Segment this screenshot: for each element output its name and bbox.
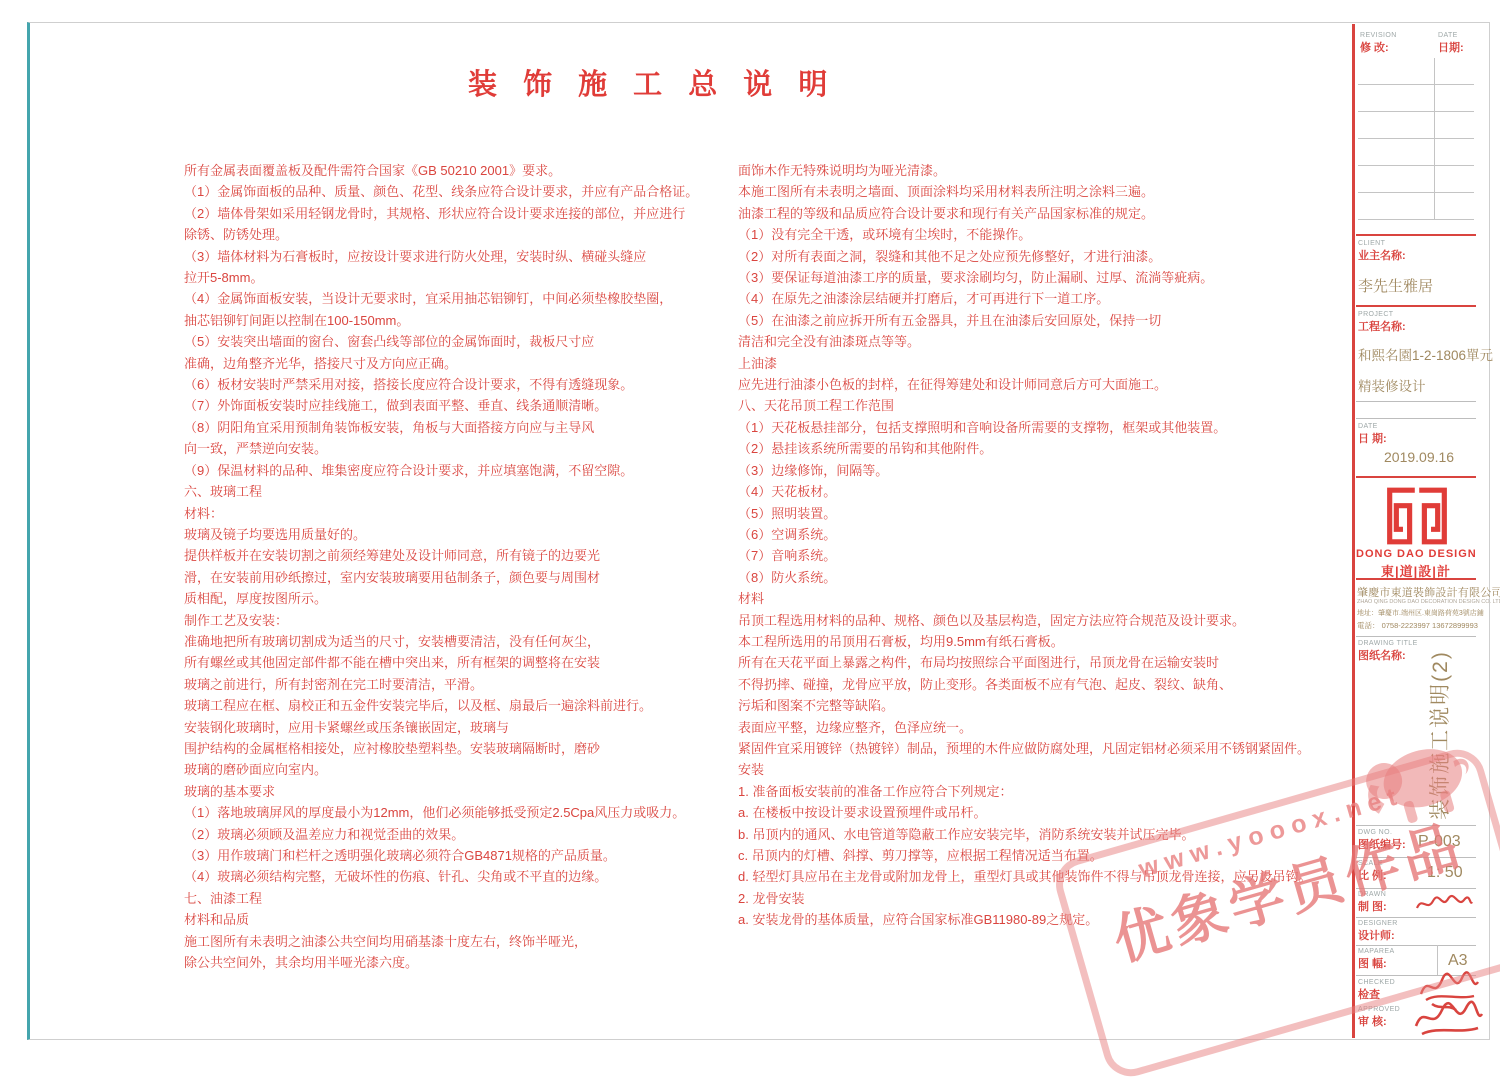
text-line: 污垢和图案不完整等缺陷。 — [738, 695, 1288, 716]
text-line: 玻璃的基本要求 — [184, 781, 699, 802]
text-line: 本施工图所有未表明之墙面、顶面涂料均采用材料表所注明之涂料三遍。 — [738, 181, 1288, 202]
text-line: 准确地把所有玻璃切割成为适当的尺寸，安装槽要清洁，没有任何灰尘， — [184, 631, 699, 652]
text-line: 吊顶工程选用材料的品种、规格、颜色以及基层构造，固定方法应符合规范及设计要求。 — [738, 610, 1288, 631]
project-name-line1: 和熙名園1-2-1806單元 — [1358, 344, 1493, 364]
revision-table — [1358, 58, 1474, 220]
text-line: （2）对所有表面之洞，裂缝和其他不足之处应预先修整好，才进行油漆。 — [738, 246, 1288, 267]
text-line: （4）金属饰面板安装，当设计无要求时，宜采用抽芯铝铆钉，中间必须垫橡胶垫圈， — [184, 288, 699, 309]
revision-header-left: REVISION 修 改: — [1360, 32, 1397, 55]
scale-labels: SCALE 比 例: — [1358, 860, 1387, 883]
approved-labels: APPROVED 审 核: — [1358, 1006, 1400, 1029]
text-line: 质相配，厚度按图所示。 — [184, 588, 699, 609]
text-line: （6）空调系统。 — [738, 524, 1288, 545]
text-line: a. 安装龙骨的基体质量，应符合国家标准GB11980-89之规定。 — [738, 909, 1288, 930]
text-line: （4）在原先之油漆涂层结硬并打磨后，才可再进行下一道工序。 — [738, 288, 1288, 309]
checked-labels: CHECKED 检查 — [1358, 979, 1395, 1002]
text-line: （7）外饰面板安装时应挂线施工，做到表面平整、垂直、线条通顺清晰。 — [184, 395, 699, 416]
separator-red — [1356, 305, 1476, 307]
text-line: 玻璃工程应在框、扇校正和五金件安装完毕后，以及框、扇最后一遍涂料前进行。 — [184, 695, 699, 716]
text-line: 2. 龙骨安装 — [738, 888, 1288, 909]
page-title: 装 饰 施 工 总 说 明 — [468, 62, 948, 103]
text-line: 材料： — [184, 503, 699, 524]
drawn-signature handwritten-signature-icon — [1415, 893, 1473, 920]
maparea-value: A3 — [1448, 952, 1468, 970]
text-line: 安装 — [738, 759, 1288, 780]
text-line: 制作工艺及安装： — [184, 610, 699, 631]
text-line: 向一致，严禁逆向安装。 — [184, 438, 699, 459]
text-line: 表面应平整，边缘应整齐，色泽应统一。 — [738, 717, 1288, 738]
revision-table-divider — [1434, 58, 1435, 220]
revision-row — [1358, 193, 1474, 220]
client-section: CLIENT 业主名称: 李先生雅居 — [1358, 240, 1433, 296]
text-line: （7）音响系统。 — [738, 545, 1288, 566]
drawing-title-labels: DRAWING TITLE 图纸名称: — [1358, 640, 1418, 663]
text-line: 所有金属表面覆盖板及配件需符合国家《GB 50210 2001》要求。 — [184, 160, 699, 181]
text-line: （1）落地玻璃屏风的厚度最小为12mm，他们必须能够抵受预定2.5Cpa风压力或… — [184, 802, 699, 823]
text-line: 七、油漆工程 — [184, 888, 699, 909]
revision-row — [1358, 58, 1474, 85]
text-line: 除锈、防锈处理。 — [184, 224, 699, 245]
separator-red — [1356, 578, 1476, 580]
text-line: （9）保温材料的品种、堆集密度应符合设计要求，并应填塞饱满，不留空隙。 — [184, 460, 699, 481]
text-line: 八、天花吊顶工程工作范围 — [738, 395, 1288, 416]
text-line: 材料和品质 — [184, 909, 699, 930]
text-line: 安装钢化玻璃时，应用卡紧螺丝或压条镶嵌固定，玻璃与 — [184, 717, 699, 738]
dwg-no-value: P-003 — [1418, 833, 1461, 851]
text-line: d. 轻型灯具应吊在主龙骨或附加龙骨上，重型灯具或其他装饰件不得与吊顶龙骨连接，… — [738, 866, 1288, 887]
text-line: c. 吊顶内的灯槽、斜撑、剪刀撑等，应根据工程情况适当布置。 — [738, 845, 1288, 866]
maparea-labels: MAPAREA 图 幅: — [1358, 948, 1395, 971]
approved-signature handwritten-signature-icon — [1412, 998, 1484, 1043]
text-line: a. 在楼板中按设计要求设置预埋件或吊杆。 — [738, 802, 1288, 823]
scale-value: 1: 50 — [1427, 864, 1463, 882]
text-line: （3）用作玻璃门和栏杆之透明强化玻璃必须符合GB4871规格的产品质量。 — [184, 845, 699, 866]
text-line: （6）板材安装时严禁采用对接，搭接长度应符合设计要求，不得有透缝现象。 — [184, 374, 699, 395]
text-line: b. 吊顶内的通风、水电管道等隐蔽工作应安装完毕，消防系统安装并试压完毕。 — [738, 824, 1288, 845]
text-line: （1）没有完全干透，或环境有尘埃时，不能操作。 — [738, 224, 1288, 245]
text-line: 不得扔摔、碰撞，龙骨应平放，防止变形。各类面板不应有气泡、起皮、裂纹、缺角、 — [738, 674, 1288, 695]
revision-row — [1358, 85, 1474, 112]
logo-english-name: DONG DAO DESIGN — [1356, 548, 1476, 560]
separator-red — [1356, 234, 1476, 236]
text-line: 本工程所选用的吊顶用石膏板，均用9.5mm有纸石膏板。 — [738, 631, 1288, 652]
text-line: 1. 准备面板安装前的准备工作应符合下列规定： — [738, 781, 1288, 802]
text-line: （1）天花板悬挂部分，包括支撑照明和音响设备所需要的支撑物，框架或其他装置。 — [738, 417, 1288, 438]
text-line: （4）天花板材。 — [738, 481, 1288, 502]
separator-red — [1356, 476, 1476, 478]
revision-header-right: DATE 日期: — [1438, 32, 1464, 55]
separator — [1356, 945, 1476, 946]
text-line: （8）阴阳角宜采用预制角装饰板安装，角板与大面搭接方向应与主导风 — [184, 417, 699, 438]
text-line: （2）墙体骨架如采用轻钢龙骨时，其规格、形状应符合设计要求连接的部位，并应进行 — [184, 203, 699, 224]
text-line: 提供样板并在安装切割之前须经筹建处及设计师同意，所有镜子的边要光 — [184, 545, 699, 566]
separator — [1356, 917, 1476, 918]
text-line: 所有在天花平面上暴露之构件，布局均按照综合平面图进行，吊顶龙骨在运输安装时 — [738, 652, 1288, 673]
dwg-no-labels: DWG NO. 图纸编号: — [1358, 829, 1406, 852]
text-line: 玻璃及镜子均要选用质量好的。 — [184, 524, 699, 545]
date-section: DATE 日 期: 2019.09.16 — [1358, 423, 1454, 465]
text-line: （5）安装突出墙面的窗台、窗套凸线等部位的金属饰面时，裁板尺寸应 — [184, 331, 699, 352]
text-line: （8）防火系统。 — [738, 567, 1288, 588]
separator — [1356, 401, 1476, 402]
separator — [1356, 888, 1476, 889]
text-line: 准确，边角整齐光华，搭接尺寸及方向应正确。 — [184, 353, 699, 374]
drawing-title-vertical: 装饰施工说明(2) — [1424, 640, 1450, 830]
text-line: 紧固件宜采用镀锌（热镀锌）制品，预埋的木件应做防腐处理，凡固定铝材必须采用不锈钢… — [738, 738, 1288, 759]
text-line: （3）墙体材料为石膏板时，应按设计要求进行防火处理，安装时纵、横碰头缝应 — [184, 246, 699, 267]
dongdao-spiral-logo-icon — [1386, 486, 1448, 551]
company-name-english: ZHAO QING DONG DAO DECORATION DESIGN CO.… — [1357, 599, 1477, 605]
separator — [1356, 636, 1476, 637]
text-line: 油漆工程的等级和品质应符合设计要求和现行有关产品国家标准的规定。 — [738, 203, 1288, 224]
notes-column-left: 所有金属表面覆盖板及配件需符合国家《GB 50210 2001》要求。（1）金属… — [184, 160, 699, 973]
text-line: （3）要保证每道油漆工序的质量，要求涂刷均匀，防止漏刷、过厚、流淌等疵病。 — [738, 267, 1288, 288]
client-name: 李先生雅居 — [1358, 275, 1433, 296]
text-line: （5）照明装置。 — [738, 503, 1288, 524]
revision-row — [1358, 139, 1474, 166]
separator — [1356, 418, 1476, 419]
drawn-labels: DRAWN 制 图: — [1358, 891, 1387, 914]
text-line: 拉开5-8mm。 — [184, 267, 699, 288]
text-line: 施工图所有未表明之油漆公共空间均用硝基漆十度左右，终饰半哑光， — [184, 931, 699, 952]
company-phone: 電話： 0758-2223997 13672899993 — [1357, 620, 1477, 631]
separator — [1356, 857, 1476, 858]
text-line: 材料 — [738, 588, 1288, 609]
date-value: 2019.09.16 — [1384, 449, 1454, 465]
text-line: （5）在油漆之前应拆开所有五金器具，并且在油漆后安回原处，保持一切 — [738, 310, 1288, 331]
separator — [1356, 825, 1476, 826]
revision-row — [1358, 166, 1474, 193]
revision-row — [1358, 112, 1474, 139]
text-line: （1）金属饰面板的品种、质量、颜色、花型、线条应符合设计要求，并应有产品合格证。 — [184, 181, 699, 202]
text-line: 应先进行油漆小色板的封样，在征得筹建处和设计师同意后方可大面施工。 — [738, 374, 1288, 395]
notes-column-right: 面饰木作无特殊说明均为哑光清漆。本施工图所有未表明之墙面、顶面涂料均采用材料表所… — [738, 160, 1288, 931]
text-line: 所有螺丝或其他固定部件都不能在槽中突出来，所有框架的调整将在安装 — [184, 652, 699, 673]
company-name: 肇慶市東道裝飾設計有限公司 — [1357, 584, 1477, 600]
text-line: 抽芯铝铆钉间距以控制在100-150mm。 — [184, 310, 699, 331]
text-line: （2）悬挂该系统所需要的吊钩和其他附件。 — [738, 438, 1288, 459]
company-address: 地址：肇慶市.端州区.東崗路荷苑3號店鋪 — [1357, 608, 1477, 618]
text-line: 清洁和完全没有油漆斑点等等。 — [738, 331, 1288, 352]
text-line: 滑，在安装前用砂纸擦过，室内安装玻璃要用毡制条子，颜色要与周围材 — [184, 567, 699, 588]
project-name-line2: 精装修设计 — [1358, 375, 1493, 395]
text-line: 玻璃的磨砂面应向室内。 — [184, 759, 699, 780]
text-line: 上油漆 — [738, 353, 1288, 374]
project-section: PROJECT 工程名称: 和熙名園1-2-1806單元 精装修设计 — [1358, 311, 1493, 395]
text-line: （4）玻璃必须结构完整，无破坏性的伤痕、针孔、尖角或不平直的边缘。 — [184, 866, 699, 887]
text-line: 面饰木作无特殊说明均为哑光清漆。 — [738, 160, 1288, 181]
text-line: 围护结构的金属框格相接处，应衬橡胶垫塑料垫。安装玻璃隔断时，磨砂 — [184, 738, 699, 759]
text-line: （2）玻璃必须顾及温差应力和视觉歪曲的效果。 — [184, 824, 699, 845]
text-line: 玻璃之前进行，所有封密剂在完工时要清洁，平滑。 — [184, 674, 699, 695]
text-line: 除公共空间外，其余均用半哑光漆六度。 — [184, 952, 699, 973]
text-line: 六、玻璃工程 — [184, 481, 699, 502]
titleblock-left-bar — [1352, 24, 1355, 1038]
text-line: （3）边缘修饰，间隔等。 — [738, 460, 1288, 481]
designer-labels: DESIGNER 设计师: — [1358, 920, 1398, 943]
